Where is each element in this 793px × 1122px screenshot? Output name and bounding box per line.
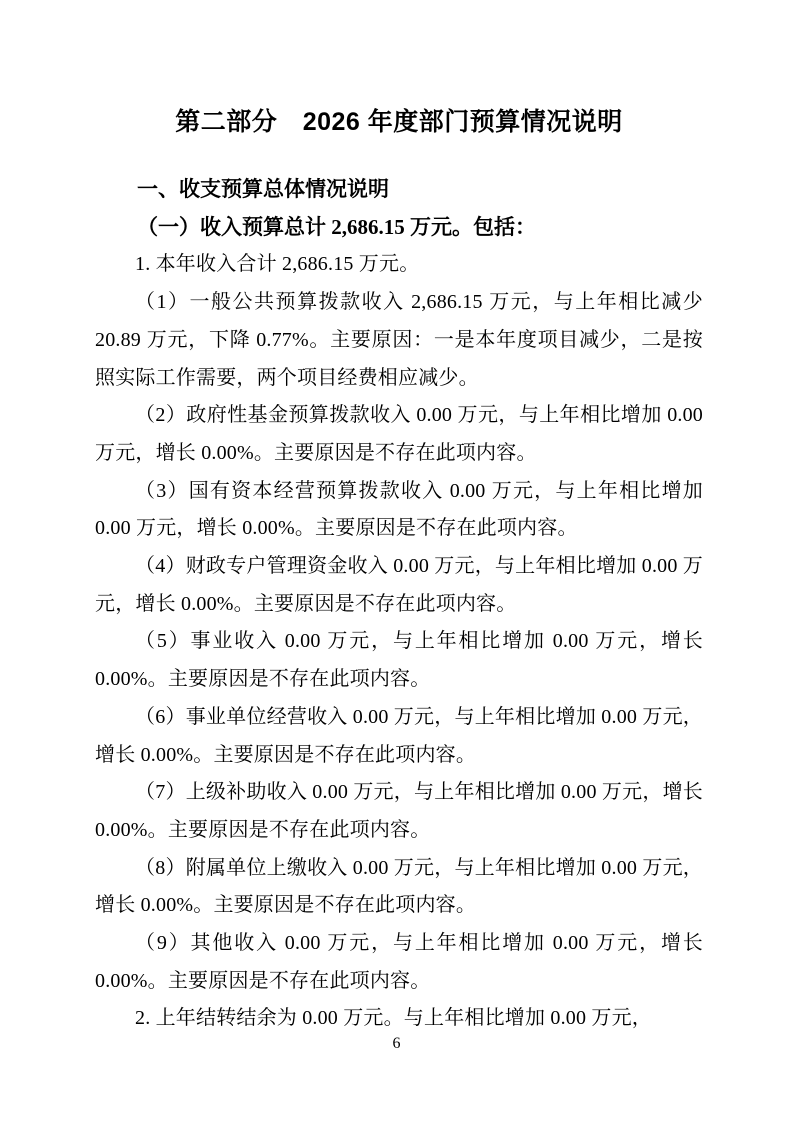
paragraph-government-fund: （2）政府性基金预算拨款收入 0.00 万元，与上年相比增加 0.00 万元，增…: [95, 397, 703, 472]
document-content: 第二部分 2026 年度部门预算情况说明 一、收支预算总体情况说明 （一）收入预…: [95, 103, 703, 1038]
paragraph-general-public-budget: （1）一般公共预算拨款收入 2,686.15 万元，与上年相比减少 20.89 …: [95, 284, 703, 397]
paragraph-total-income: 1. 本年收入合计 2,686.15 万元。: [95, 246, 703, 284]
paragraph-other-income: （9）其他收入 0.00 万元，与上年相比增加 0.00 万元，增长 0.00%…: [95, 925, 703, 1000]
document-page: 第二部分 2026 年度部门预算情况说明 一、收支预算总体情况说明 （一）收入预…: [0, 0, 793, 1122]
subsection-heading: （一）收入预算总计 2,686.15 万元。包括：: [95, 209, 703, 247]
paragraph-superior-subsidy: （7）上级补助收入 0.00 万元，与上年相比增加 0.00 万元，增长 0.0…: [95, 774, 703, 849]
document-title: 第二部分 2026 年度部门预算情况说明: [95, 103, 703, 141]
paragraph-institution-income: （5）事业收入 0.00 万元，与上年相比增加 0.00 万元，增长 0.00%…: [95, 623, 703, 698]
paragraph-state-capital: （3）国有资本经营预算拨款收入 0.00 万元，与上年相比增加 0.00 万元，…: [95, 473, 703, 548]
paragraph-affiliated-unit-remittance: （8）附属单位上缴收入 0.00 万元，与上年相比增加 0.00 万元，增长 0…: [95, 850, 703, 925]
paragraph-fiscal-special-account: （4）财政专户管理资金收入 0.00 万元，与上年相比增加 0.00 万元，增长…: [95, 548, 703, 623]
paragraph-institution-operating-income: （6）事业单位经营收入 0.00 万元，与上年相比增加 0.00 万元，增长 0…: [95, 699, 703, 774]
section-heading: 一、收支预算总体情况说明: [95, 171, 703, 209]
page-number: 6: [0, 1033, 793, 1055]
